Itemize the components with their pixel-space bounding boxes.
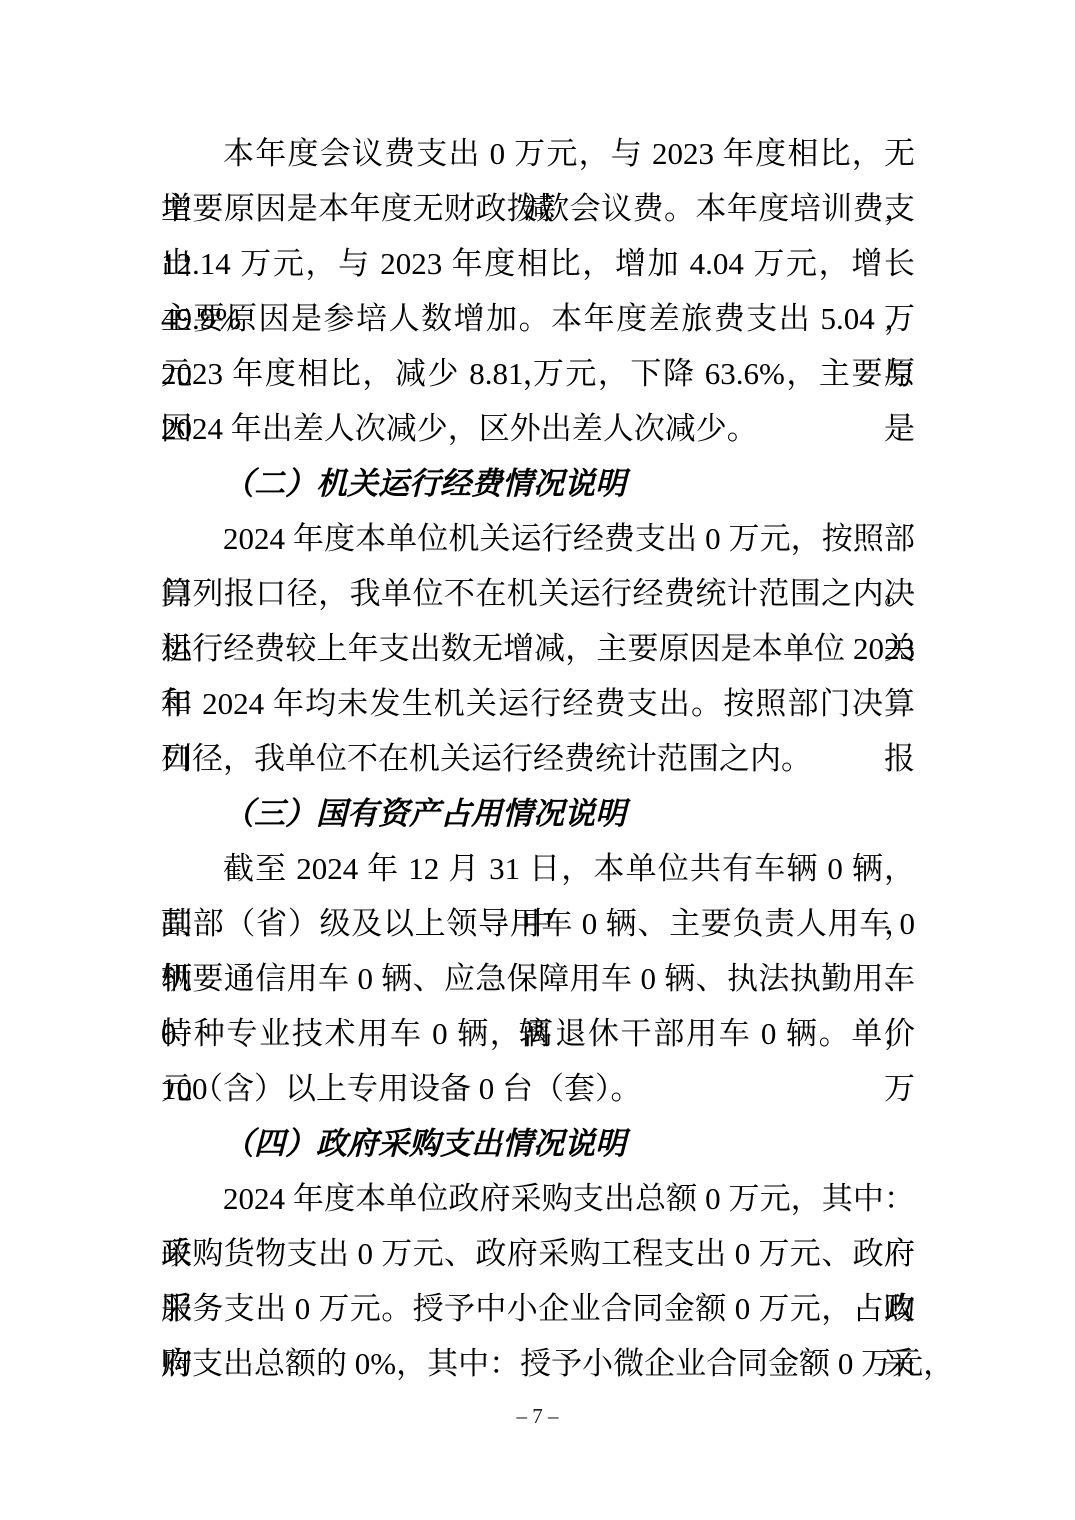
- paragraph-line: 主要原因是参培人数增加。本年度差旅费支出 5.04 万元，与: [161, 291, 915, 346]
- section-heading: （三）国有资产占用情况说明: [161, 786, 915, 841]
- paragraph-line: 服务支出 0 万元。授予中小企业合同金额 0 万元，占政府采: [161, 1281, 915, 1336]
- paragraph-line: 特种专业技术用车 0 辆，离退休干部用车 0 辆。单价 100 万: [161, 1006, 915, 1061]
- paragraph-line: 运行经费较上年支出数无增减，主要原因是本单位 2023 年: [161, 621, 915, 676]
- paragraph-line: 购支出总额的 0%，其中：授予小微企业合同金额 0 万元，: [161, 1336, 915, 1391]
- document-page: 本年度会议费支出 0 万元，与 2023 年度相比，无增减， 主要原因是本年度无…: [0, 0, 1075, 1520]
- paragraph-line: 采购货物支出 0 万元、政府采购工程支出 0 万元、政府采购: [161, 1226, 915, 1281]
- paragraph-line: 口径，我单位不在机关运行经费统计范围之内。: [161, 731, 915, 786]
- paragraph-line: 2024 年度本单位政府采购支出总额 0 万元，其中：政府: [161, 1171, 915, 1226]
- paragraph-line: 本年度会议费支出 0 万元，与 2023 年度相比，无增减，: [161, 126, 915, 181]
- document-body: 本年度会议费支出 0 万元，与 2023 年度相比，无增减， 主要原因是本年度无…: [161, 126, 915, 1391]
- section-heading: （四）政府采购支出情况说明: [161, 1116, 915, 1171]
- paragraph-line: 截至 2024 年 12 月 31 日，本单位共有车辆 0 辆，其中，: [161, 841, 915, 896]
- page-number: – 7 –: [0, 1402, 1075, 1430]
- paragraph-line: 算列报口径，我单位不在机关运行经费统计范围之内。机关: [161, 566, 915, 621]
- paragraph-line: 主要原因是本年度无财政拨款会议费。本年度培训费支出: [161, 181, 915, 236]
- paragraph-line: 12.14 万元，与 2023 年度相比，增加 4.04 万元，增长 49.9%…: [161, 236, 915, 291]
- paragraph-line: 机要通信用车 0 辆、应急保障用车 0 辆、执法执勤用车 0 辆，: [161, 951, 915, 1006]
- paragraph-line: 2023 年度相比，减少 8.81 万元，下降 63.6%，主要原因是: [161, 346, 915, 401]
- paragraph-line: 2024 年度本单位机关运行经费支出 0 万元，按照部门决: [161, 511, 915, 566]
- paragraph-line: 和 2024 年均未发生机关运行经费支出。按照部门决算列报: [161, 676, 915, 731]
- paragraph-line: 副部（省）级及以上领导用车 0 辆、主要负责人用车 0 辆、: [161, 896, 915, 951]
- section-heading: （二）机关运行经费情况说明: [161, 456, 915, 511]
